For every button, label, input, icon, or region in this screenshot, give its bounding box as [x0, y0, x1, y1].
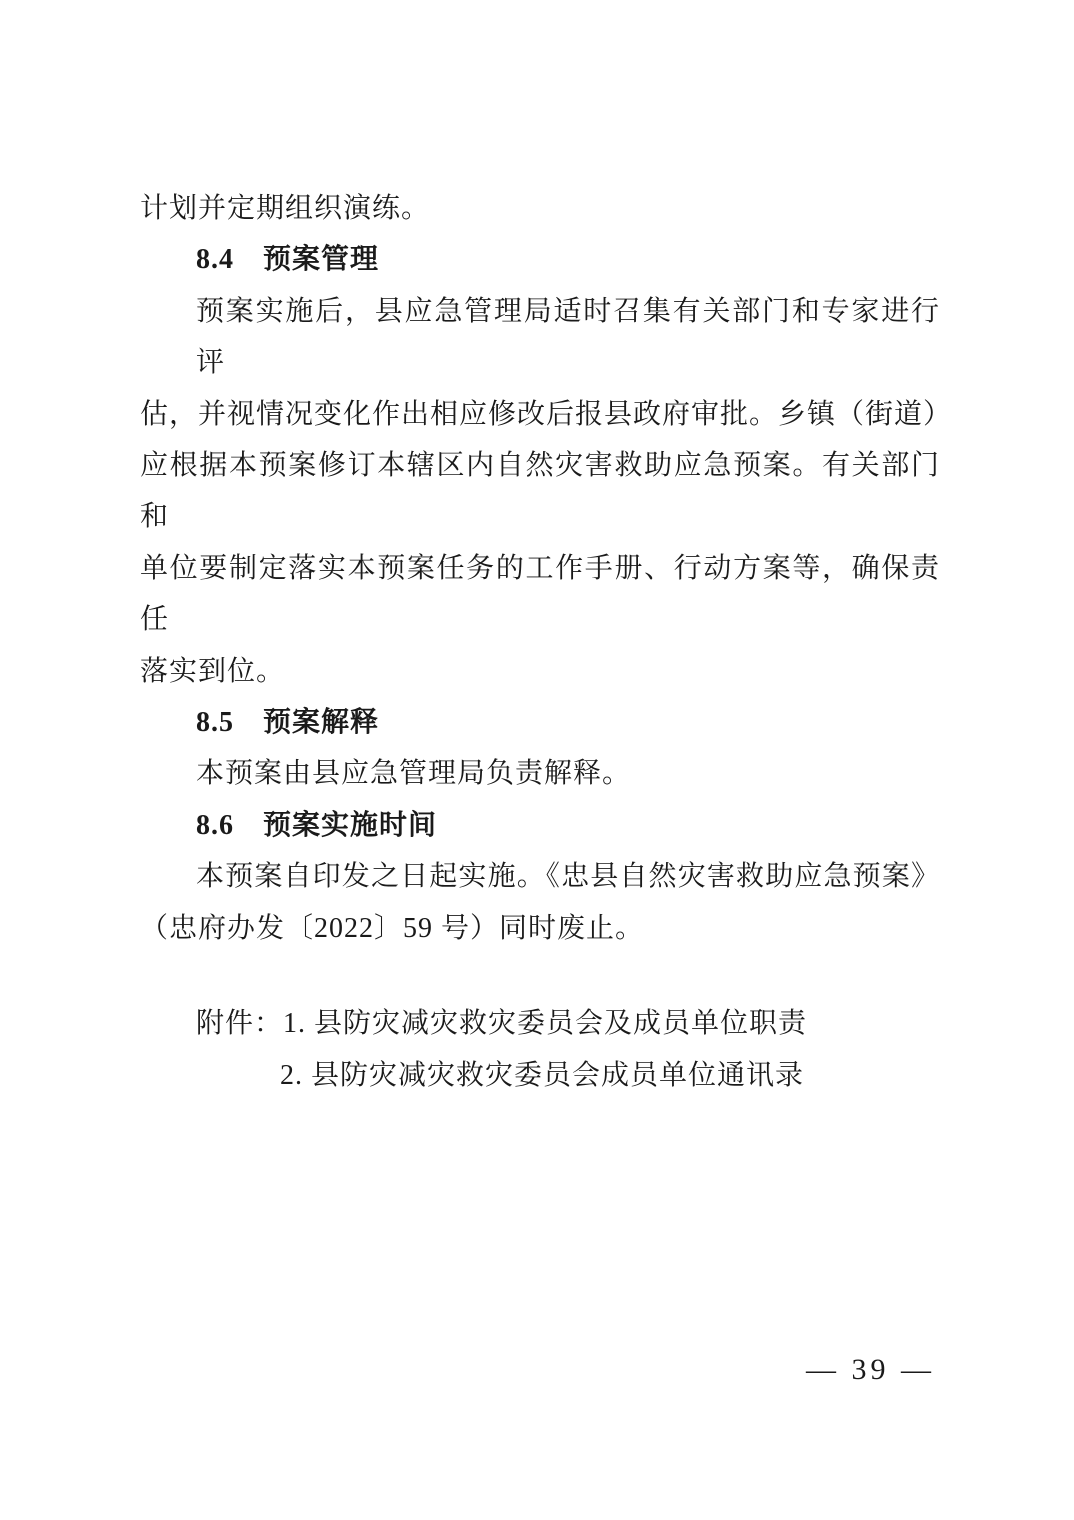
- paragraph-8-5: 本预案由县应急管理局负责解释。: [140, 748, 940, 799]
- paragraph-8-4-line-3: 应根据本预案修订本辖区内自然灾害救助应急预案。有关部门和: [140, 440, 940, 543]
- heading-8-5: 8.5 预案解释: [140, 697, 940, 748]
- paragraph-8-4-line-1: 预案实施后，县应急管理局适时召集有关部门和专家进行评: [140, 286, 940, 389]
- attachment-line-1: 附件：1. 县防灾减灾救灾委员会及成员单位职责: [140, 998, 940, 1049]
- heading-8-6: 8.6 预案实施时间: [140, 800, 940, 851]
- paragraph-continuation: 计划并定期组织演练。: [140, 183, 940, 234]
- document-page: 计划并定期组织演练。 8.4 预案管理 预案实施后，县应急管理局适时召集有关部门…: [0, 0, 1074, 1520]
- paragraph-8-4-line-5: 落实到位。: [140, 646, 940, 697]
- paragraph-8-6-line-2: （忠府办发〔2022〕59 号）同时废止。: [140, 903, 940, 954]
- page-number: — 39 —: [806, 1352, 935, 1388]
- attachment-line-2: 2. 县防灾减灾救灾委员会成员单位通讯录: [140, 1050, 940, 1101]
- paragraph-8-4-line-4: 单位要制定落实本预案任务的工作手册、行动方案等，确保责任: [140, 543, 940, 646]
- document-body: 计划并定期组织演练。 8.4 预案管理 预案实施后，县应急管理局适时召集有关部门…: [140, 183, 940, 1101]
- heading-8-4: 8.4 预案管理: [140, 234, 940, 285]
- paragraph-8-6-line-1: 本预案自印发之日起实施。《忠县自然灾害救助应急预案》: [140, 851, 940, 902]
- paragraph-8-4-line-2: 估，并视情况变化作出相应修改后报县政府审批。乡镇（街道）: [140, 389, 940, 440]
